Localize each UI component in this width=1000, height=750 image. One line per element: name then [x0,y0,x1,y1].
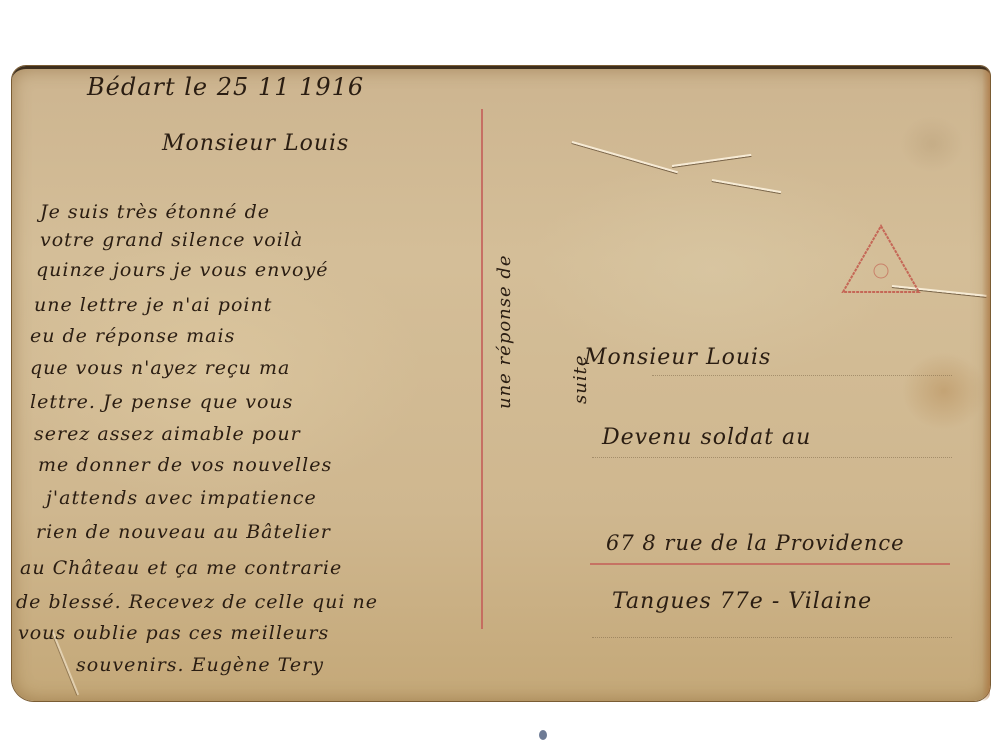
postcard-back: Bédart le 25 11 1916 Monsieur Louis Je s… [12,66,990,701]
triangle-stamp-icon [840,223,922,295]
letter-line: eu de réponse mais [30,325,235,347]
center-divider-rule [481,109,483,629]
letter-line: serez assez aimable pour [34,423,301,445]
margin-note-line1: une réponse de [494,149,515,409]
paper-crease [672,154,751,167]
letter-dateline: Bédart le 25 11 1916 [87,73,364,101]
letter-line: rien de nouveau au Bâtelier [36,521,331,543]
address-guide-line [652,375,952,376]
letter-line: vous oublie pas ces meilleurs [18,622,329,644]
paper-crease [572,141,678,173]
letter-line: que vous n'ayez reçu ma [30,357,290,379]
address-town: Tangues 77e - Vilaine [612,589,872,614]
address-guide-line [592,457,952,458]
letter-line: me donner de vos nouvelles [38,454,332,476]
address-recipient: Monsieur Louis [584,345,771,370]
letter-salutation: Monsieur Louis [162,131,349,156]
letter-line: j'attends avec impatience [46,487,317,509]
letter-line: de blessé. Recevez de celle qui ne [16,591,378,613]
letter-line: souvenirs. Eugène Tery [76,654,324,676]
letter-line: une lettre je n'ai point [34,294,272,316]
triangle-postmark-stamp [840,223,922,295]
letter-line: lettre. Je pense que vous [30,391,293,413]
address-line2: Devenu soldat au [602,425,811,450]
letter-line: votre grand silence voilà [40,229,303,251]
ink-blot [539,730,547,740]
address-red-rule [590,563,950,565]
letter-line: Je suis très étonné de [40,201,270,223]
address-guide-line [592,637,952,638]
letter-line: au Château et ça me contrarie [20,557,342,579]
letter-line: quinze jours je vous envoyé [36,259,328,281]
paper-crease [712,179,781,193]
address-street: 67 8 rue de la Providence [606,531,905,555]
